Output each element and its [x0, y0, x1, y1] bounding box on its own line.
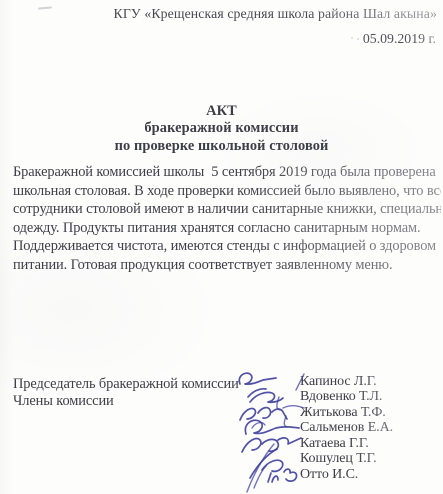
signature-stroke — [277, 397, 280, 410]
members-list: Капинос Л.Г. Вдовенко Т.Л. Житькова Т.Ф.… — [300, 374, 393, 482]
signature-stroke — [248, 389, 266, 397]
signature-stroke — [262, 460, 283, 471]
signature-labels: Председатель бракеражной комиссии Члены … — [13, 376, 239, 411]
body-paragraph: Бракеражной комиссией школы 5 сентября 2… — [13, 163, 441, 275]
title-line-act: АКТ — [0, 103, 443, 120]
signature-stroke — [254, 466, 266, 488]
signature-stroke — [250, 392, 283, 402]
body-line: сотрудники столовой имеют в наличии сани… — [13, 200, 441, 219]
member-name: Отто И.С. — [300, 467, 393, 482]
signature-stroke — [262, 439, 278, 451]
signature-stroke — [284, 469, 297, 481]
title-line-commission: бракеражной комиссии — [0, 120, 443, 137]
title-line-subject: по проверке школьной столовой — [0, 138, 443, 155]
signature-stroke — [247, 444, 274, 492]
signature-stroke — [250, 449, 277, 478]
signature-stroke — [240, 408, 255, 420]
label-members: Члены комиссии — [13, 393, 239, 410]
signature-stroke — [245, 420, 299, 434]
body-line: Бракеражной комиссией школы 5 сентября 2… — [13, 163, 441, 182]
body-line: одежду. Продукты питания хранятся соглас… — [13, 219, 441, 238]
signature-stroke — [252, 423, 265, 428]
document-date: 05.09.2019 г. — [363, 31, 436, 47]
signature-stroke — [242, 439, 261, 452]
body-line: питании. Готовая продукция соответствует… — [13, 256, 441, 275]
label-chairman: Председатель бракеражной комиссии — [13, 376, 239, 393]
member-name: Кошулец Т.Г. — [300, 451, 393, 466]
organization-header: КГУ «Крещенская средняя школа района Шал… — [114, 6, 437, 22]
scan-artifact-dash — [38, 6, 52, 9]
signature-stroke — [284, 416, 287, 427]
scan-artifact-dots — [351, 37, 361, 41]
member-name: Капинос Л.Г. — [300, 374, 393, 389]
document-title: АКТ бракеражной комиссии по проверке шко… — [0, 103, 443, 155]
member-name: Вдовенко Т.Л. — [300, 389, 393, 404]
signature-stroke — [258, 408, 271, 419]
signature-stroke — [272, 409, 287, 419]
member-name: Катаева Г.Г. — [300, 436, 393, 451]
member-name: Сальменов Е.А. — [300, 420, 393, 435]
body-line: школьная столовая. В ходе проверки комис… — [13, 182, 441, 201]
scanned-document-page: КГУ «Крещенская средняя школа района Шал… — [0, 0, 443, 494]
member-name: Житькова Т.Ф. — [300, 405, 393, 420]
signature-stroke — [239, 373, 276, 384]
body-line: Поддерживается чистота, имеются стенды с… — [13, 237, 441, 256]
signature-stroke — [268, 473, 278, 482]
signature-stroke — [278, 438, 301, 444]
